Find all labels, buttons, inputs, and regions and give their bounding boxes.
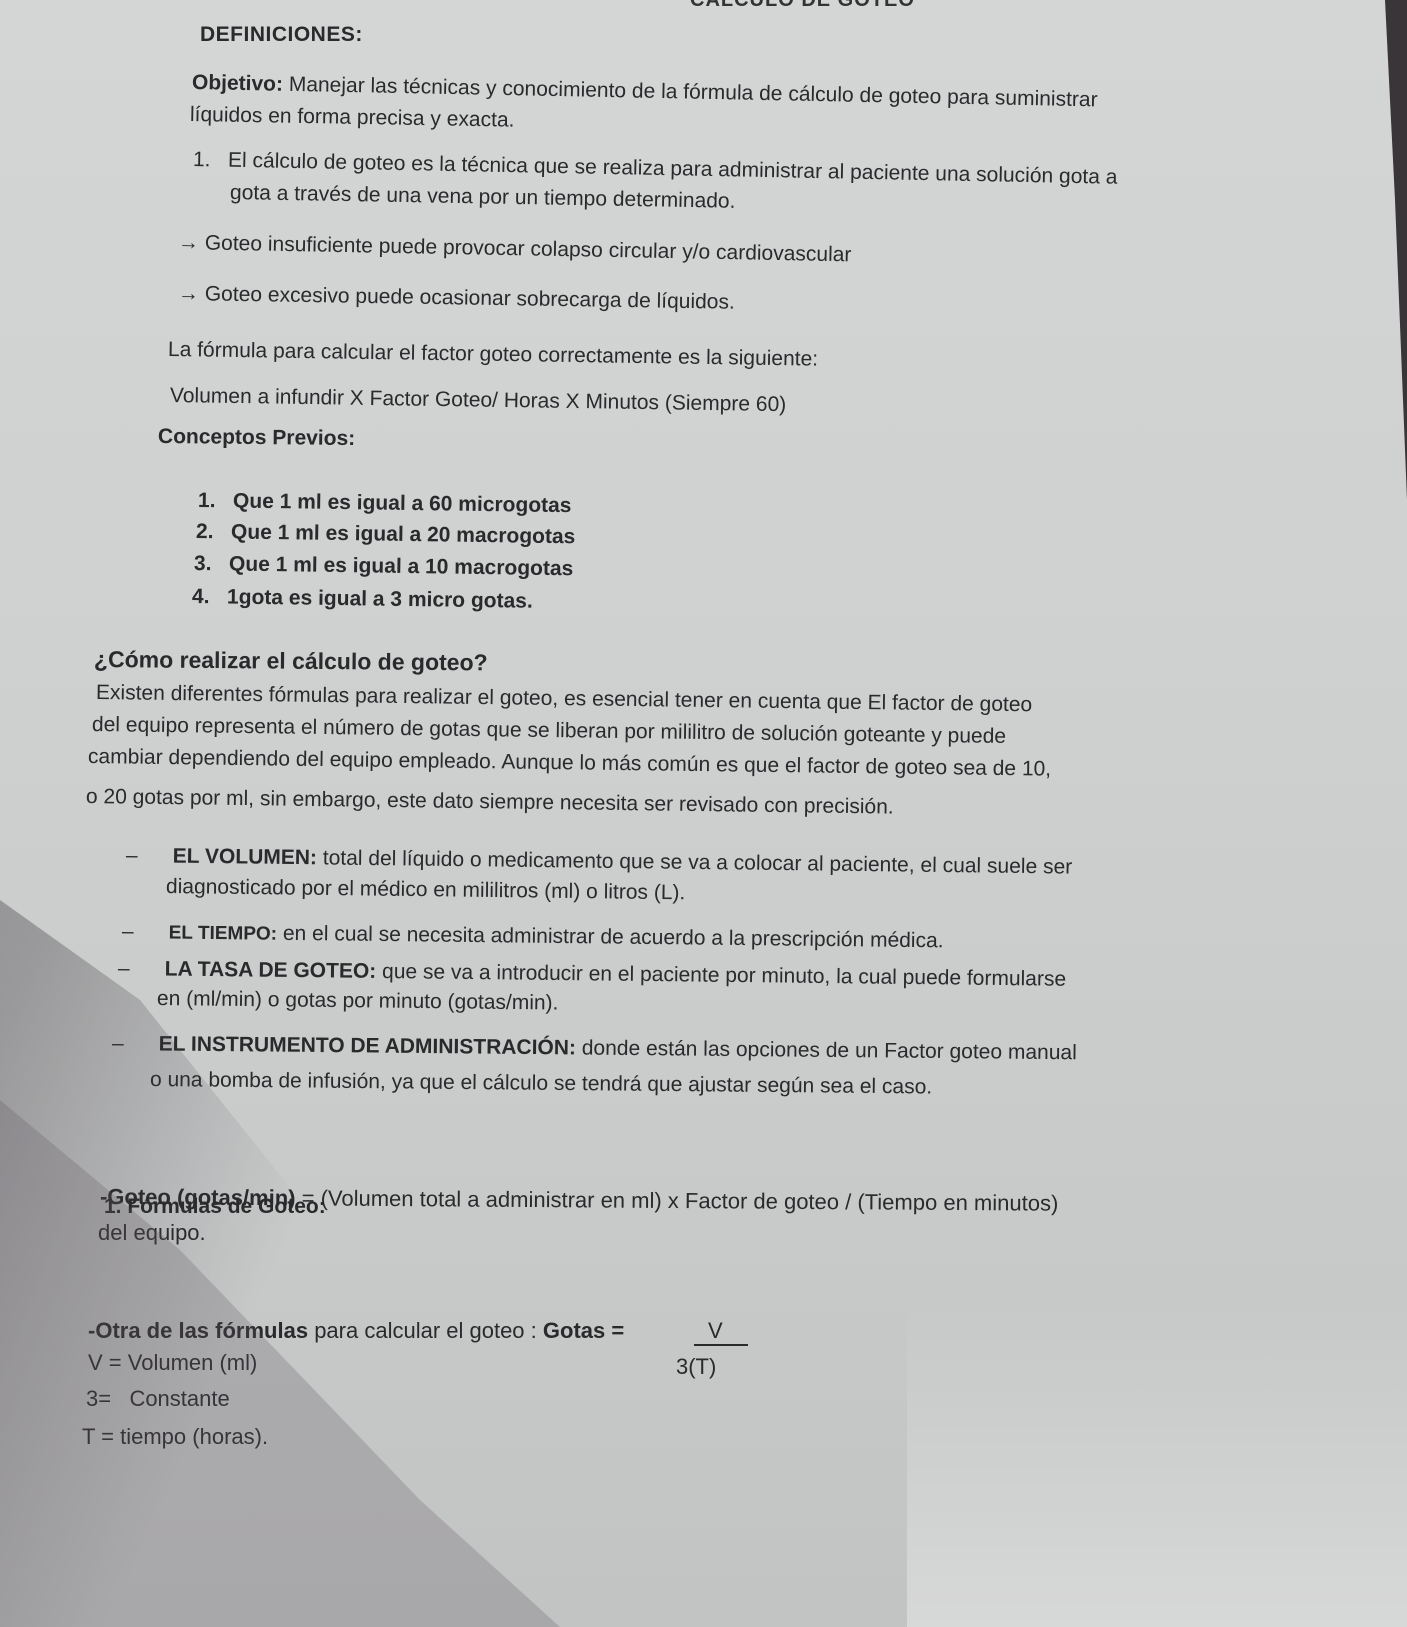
concept-item: 1. Que 1 ml es igual a 60 microgotas <box>198 490 572 516</box>
dash-bullet: – <box>122 920 134 943</box>
objective-line-2: líquidos en forma precisa y exacta. <box>190 104 515 131</box>
formula-2-label: -Otra de las fórmulas <box>88 1318 308 1343</box>
formula-1-line-2: del equipo. <box>98 1222 206 1244</box>
concept-text: Que 1 ml es igual a 60 microgotas <box>233 489 572 517</box>
legend-symbol: 3= <box>86 1386 111 1411</box>
concept-item: 4. 1gota es igual a 3 micro gotas. <box>192 586 533 612</box>
legend-meaning: Volumen (ml) <box>128 1350 258 1375</box>
legend-meaning: Constante <box>129 1386 229 1411</box>
objective-label: Objetivo: <box>192 71 283 96</box>
legend-constant: 3= Constante <box>86 1388 230 1410</box>
definition-number: 1. <box>193 148 211 171</box>
concept-number: 2. <box>196 520 214 543</box>
fraction-bar <box>694 1344 748 1346</box>
factor-label: EL TIEMPO: <box>169 923 278 945</box>
legend-symbol: T = <box>82 1424 120 1449</box>
formula-2-gotas: Gotas = <box>543 1318 624 1343</box>
formula-1-label: -Goteo (gotas/min) <box>100 1184 296 1210</box>
how-heading: ¿Cómo realizar el cálculo de goteo? <box>94 648 488 674</box>
concept-number: 1. <box>198 489 216 512</box>
definitions-heading: DEFINICIONES: <box>200 24 363 45</box>
factor-rate-line-2: en (ml/min) o gotas por minuto (gotas/mi… <box>157 988 559 1014</box>
legend-volume: V = Volumen (ml) <box>88 1352 257 1374</box>
formula-2: -Otra de las fórmulas para calcular el g… <box>88 1320 624 1342</box>
concept-text: Que 1 ml es igual a 10 macrogotas <box>229 552 574 580</box>
fraction-numerator: V <box>708 1320 723 1342</box>
formula-2-text: para calcular el goteo : <box>308 1318 543 1343</box>
light-glare <box>907 1300 1407 1627</box>
concept-number: 4. <box>192 585 210 608</box>
factor-label: EL VOLUMEN: <box>173 845 318 870</box>
factor-text: donde están las opciones de un Factor go… <box>576 1036 1077 1064</box>
dash-bullet: – <box>126 844 138 867</box>
factor-label: LA TASA DE GOTEO: <box>165 958 377 983</box>
legend-time: T = tiempo (horas). <box>82 1426 268 1448</box>
concept-text: 1gota es igual a 3 micro gotas. <box>227 585 533 612</box>
concepts-heading: Conceptos Previos: <box>158 426 355 449</box>
legend-symbol: V = <box>88 1350 128 1375</box>
fraction-denominator: 3(T) <box>676 1356 716 1378</box>
factor-label: EL INSTRUMENTO DE ADMINISTRACIÓN: <box>159 1032 576 1059</box>
dash-bullet: – <box>118 957 130 980</box>
concept-text: Que 1 ml es igual a 20 macrogotas <box>231 520 576 548</box>
dash-bullet: – <box>112 1032 124 1055</box>
concept-number: 3. <box>194 552 212 575</box>
concept-item: 2. Que 1 ml es igual a 20 macrogotas <box>196 521 576 547</box>
formula-1-text: = (Volumen total a administrar en ml) x … <box>295 1185 1058 1215</box>
concept-item: 3. Que 1 ml es igual a 10 macrogotas <box>194 553 574 579</box>
legend-meaning: tiempo (horas). <box>120 1424 268 1449</box>
header-fragment: CÁLCULO DE GOTEO <box>690 0 915 10</box>
